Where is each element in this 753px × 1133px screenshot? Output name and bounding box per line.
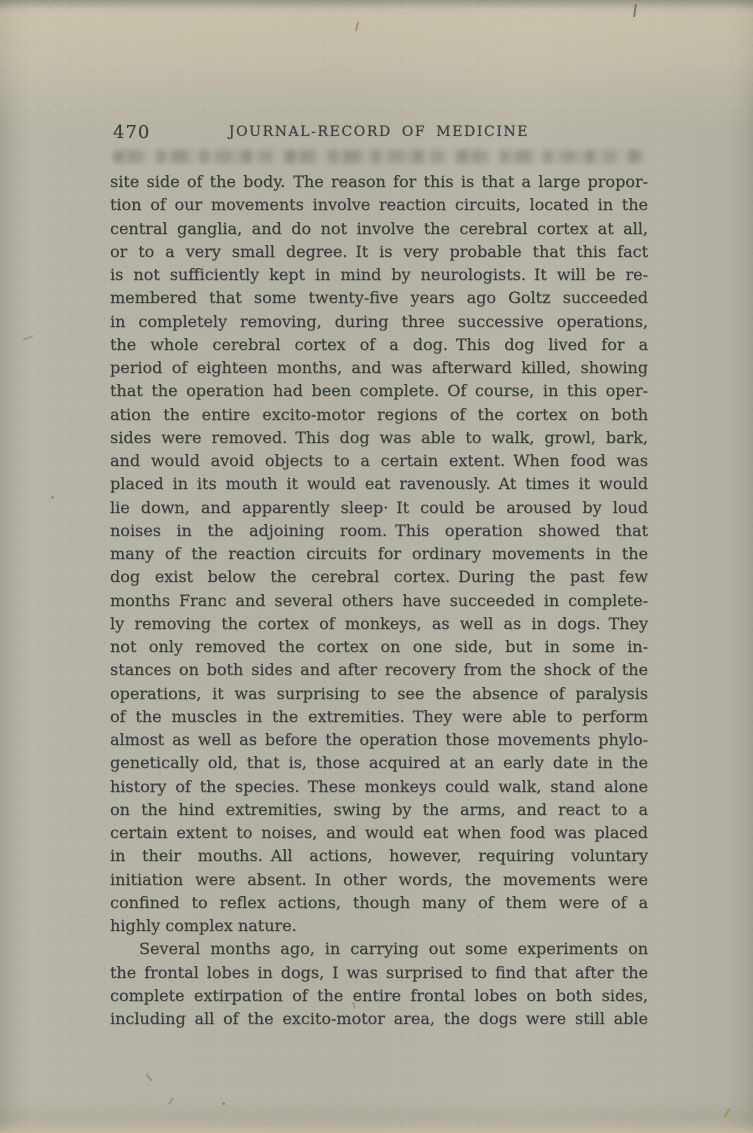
text-line: Several months ago, in carrying out some…	[110, 937, 648, 960]
text-line: ation the entire excito-motor regions of…	[110, 403, 648, 426]
text-line: of the muscles in the extremities. They …	[110, 705, 648, 728]
paper-fiber-speck	[222, 1102, 225, 1105]
paper-fiber-speck	[51, 496, 54, 499]
text-line: or to a very small degree. It is very pr…	[110, 240, 648, 263]
text-line: certain extent to noises, and would eat …	[110, 821, 648, 844]
text-line: placed in its mouth it would eat ravenou…	[110, 472, 648, 495]
text-line: membered that some twenty-five years ago…	[110, 286, 648, 309]
text-line: site side of the body. The reason for th…	[110, 170, 648, 193]
text-line: not only removed the cortex on one side,…	[110, 635, 648, 658]
paper-fiber-speck	[355, 22, 359, 31]
text-line: the frontal lobes in dogs, I was surpris…	[110, 961, 648, 984]
text-line: the whole cerebral cortex of a dog. This…	[110, 333, 648, 356]
text-line: stances on both sides and after recovery…	[110, 658, 648, 681]
text-line: genetically old, that is, those acquired…	[110, 751, 648, 774]
text-line: history of the species. These monkeys co…	[110, 775, 648, 798]
text-line: lie down, and apparently sleep· It could…	[110, 496, 648, 519]
text-line: highly complex nature.	[110, 914, 648, 937]
text-line: many of the reaction circuits for ordina…	[110, 542, 648, 565]
text-line: on the hind extremities, swing by the ar…	[110, 798, 648, 821]
text-line: tion of our movements involve reaction c…	[110, 193, 648, 216]
text-line: complete extirpation of the entire front…	[110, 984, 648, 1007]
journal-title: JOURNAL-RECORD OF MEDICINE	[110, 124, 648, 140]
text-line: ly removing the cortex of monkeys, as we…	[110, 612, 648, 635]
text-line: noises in the adjoining room. This opera…	[110, 519, 648, 542]
text-line: period of eighteen months, and was after…	[110, 356, 648, 379]
text-line: is not sufficiently kept in mind by neur…	[110, 263, 648, 286]
text-line: and would avoid objects to a certain ext…	[110, 449, 648, 472]
text-line: sides were removed. This dog was able to…	[110, 426, 648, 449]
text-line: initiation were absent. In other words, …	[110, 868, 648, 891]
paper-fiber-speck	[633, 4, 637, 17]
page-header: 470 JOURNAL-RECORD OF MEDICINE	[110, 121, 648, 145]
text-line: that the operation had been complete. Of…	[110, 379, 648, 402]
paper-fiber-speck	[168, 1097, 174, 1105]
ink-offset-smudge	[113, 150, 644, 163]
text-line: months Franc and several others have suc…	[110, 589, 648, 612]
text-line: confined to reflex actions, though many …	[110, 891, 648, 914]
text-line: including all of the excito-motor area, …	[110, 1007, 648, 1030]
page-body-text: site side of the body. The reason for th…	[110, 170, 648, 1030]
text-line: almost as well as before the operation t…	[110, 728, 648, 751]
text-line: operations, it was surprising to see the…	[110, 682, 648, 705]
paper-fiber-speck	[23, 335, 33, 340]
text-line: in completely removing, during three suc…	[110, 310, 648, 333]
scanned-journal-page: 470 JOURNAL-RECORD OF MEDICINE site side…	[0, 0, 753, 1133]
text-line: in their mouths. All actions, however, r…	[110, 844, 648, 867]
text-line: central ganglia, and do not involve the …	[110, 217, 648, 240]
paper-fiber-speck	[724, 1108, 730, 1118]
paper-fiber-speck	[145, 1073, 152, 1081]
text-line: dog exist below the cerebral cortex. Dur…	[110, 565, 648, 588]
